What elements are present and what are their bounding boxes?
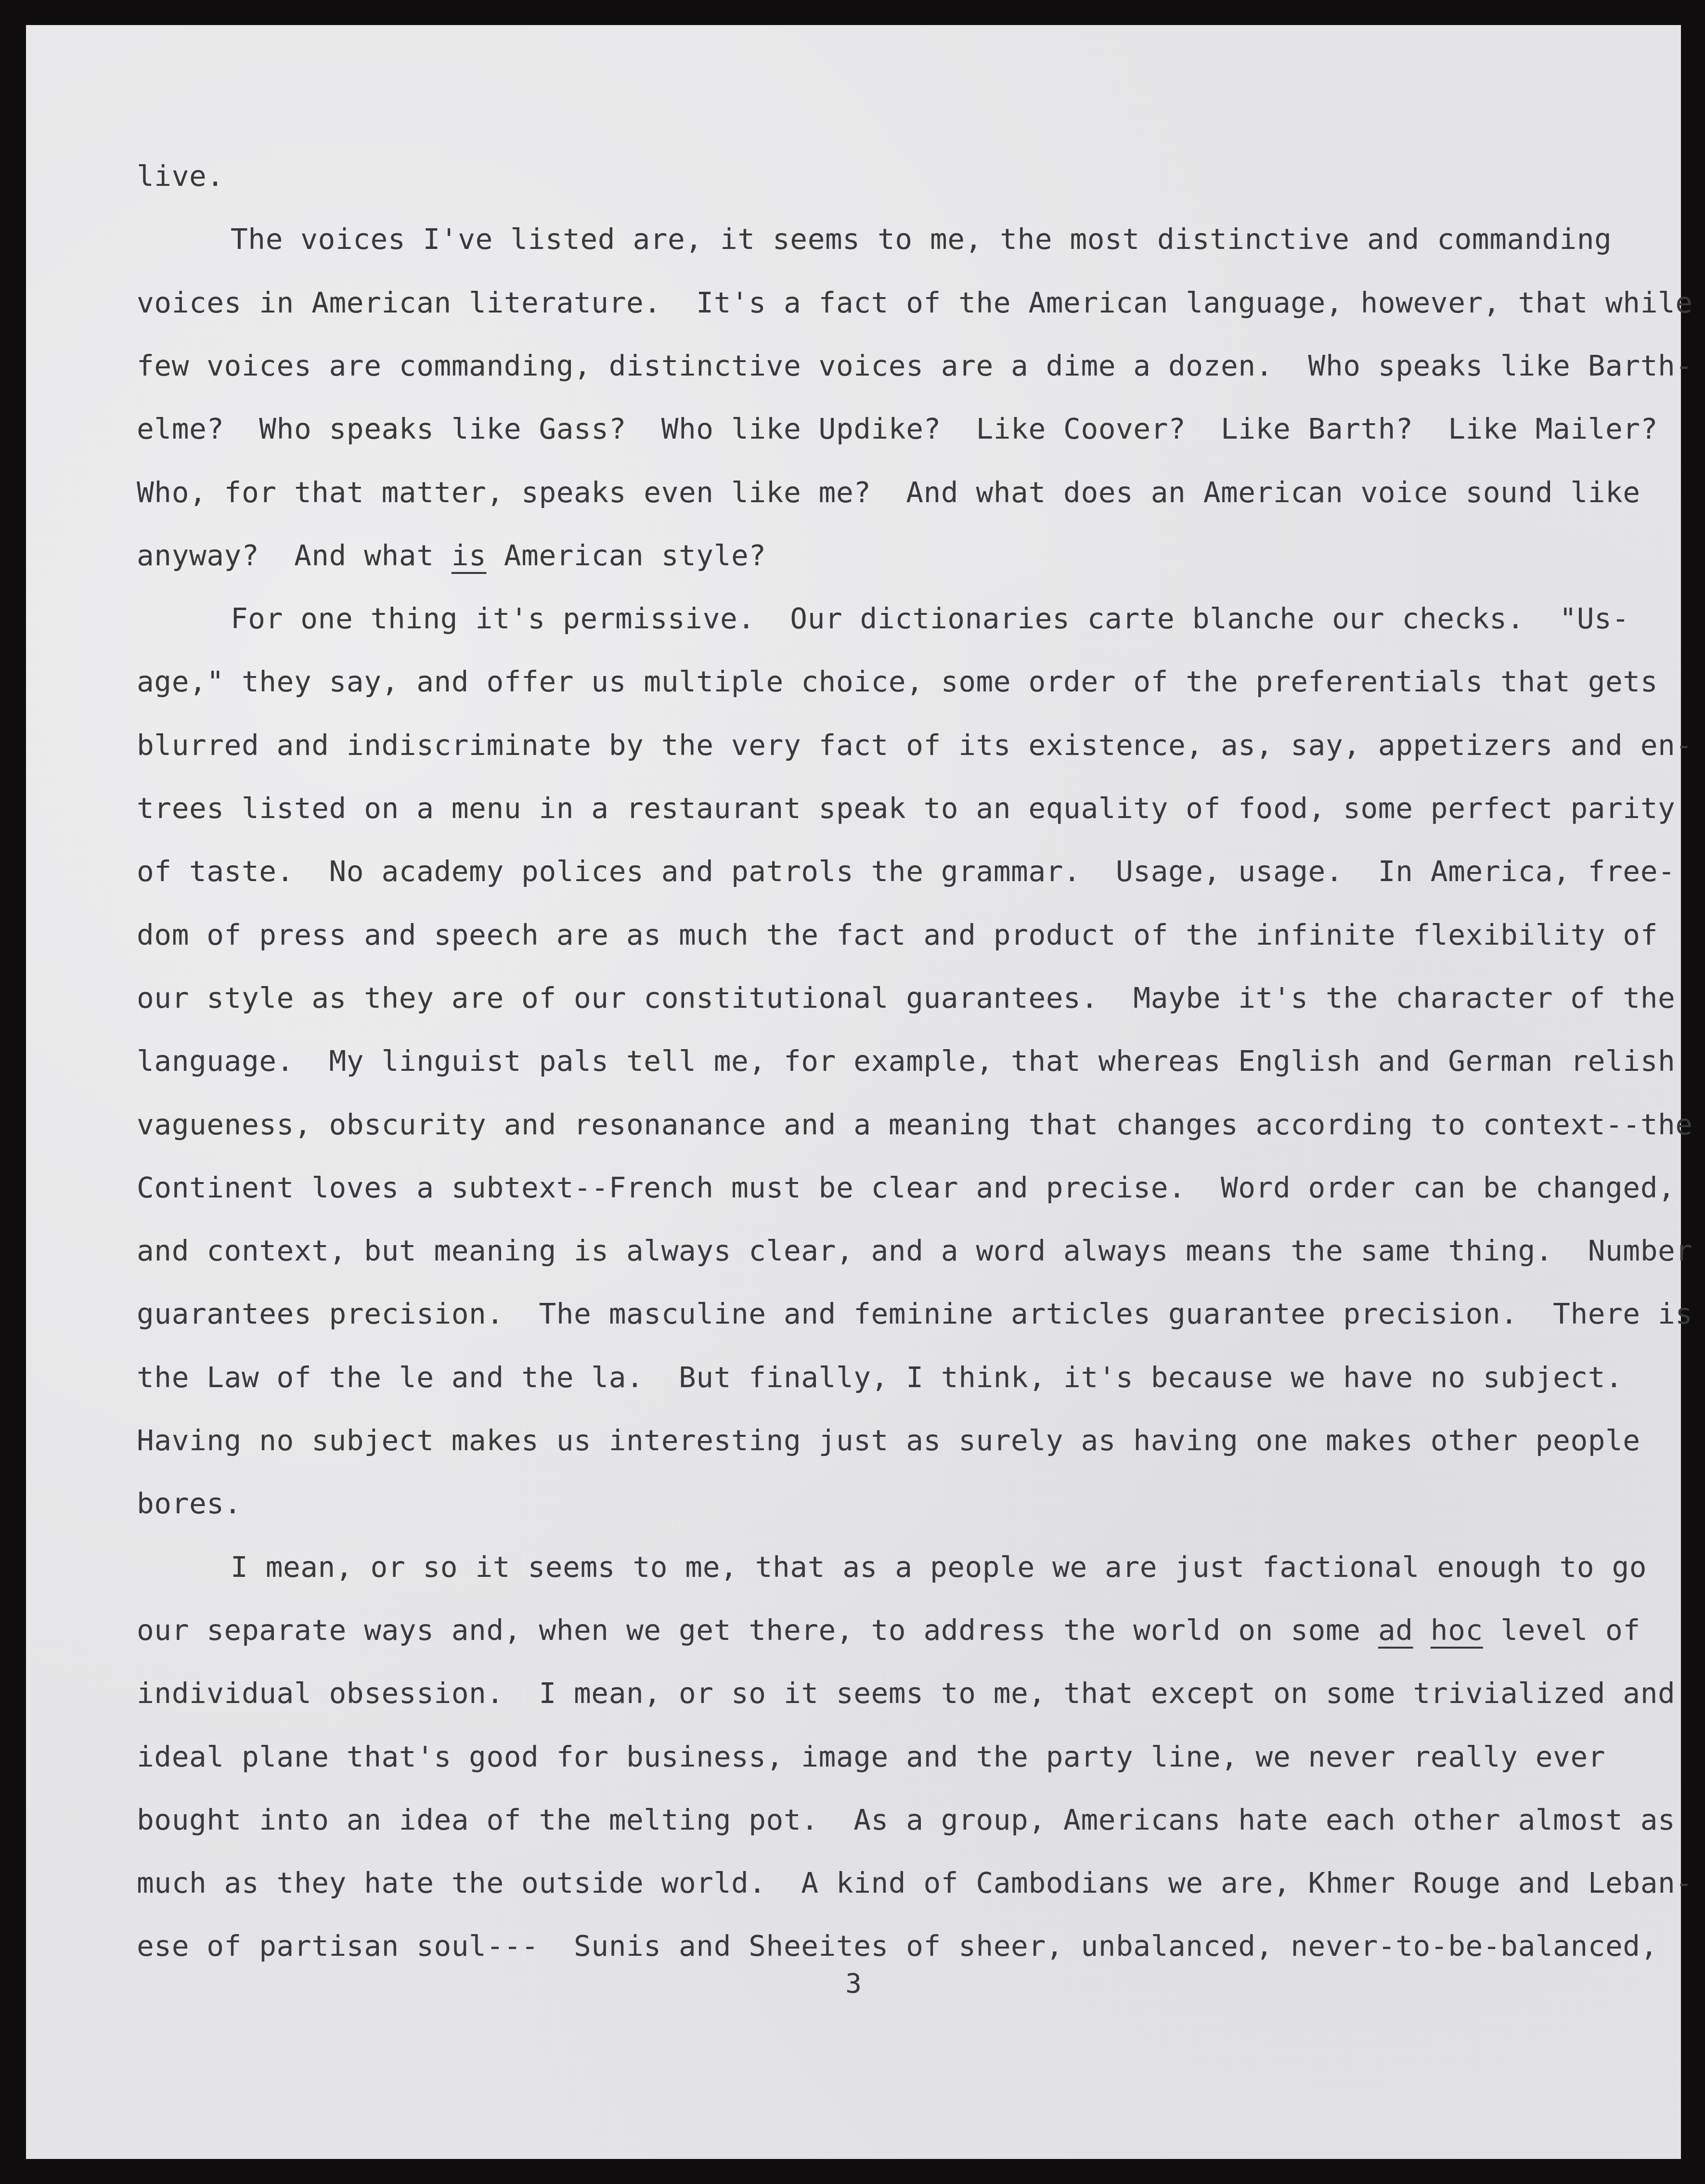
underlined-word: ad — [1378, 1614, 1413, 1647]
text-line: bought into an idea of the melting pot. … — [137, 1806, 1675, 1835]
underlined-word: hoc — [1431, 1614, 1483, 1647]
text-segment — [1413, 1614, 1431, 1647]
text-line: I mean, or so it seems to me, that as a … — [137, 1553, 1647, 1582]
text-segment: our separate ways and, when we get there… — [137, 1614, 1378, 1647]
text-line: language. My linguist pals tell me, for … — [137, 1047, 1675, 1076]
text-line: the Law of the le and the la. But finall… — [137, 1364, 1623, 1392]
text-line: Having no subject makes us interesting j… — [137, 1427, 1640, 1456]
text-line: individual obsession. I mean, or so it s… — [137, 1679, 1675, 1708]
text-line: dom of press and speech are as much the … — [137, 921, 1658, 950]
text-line: guarantees precision. The masculine and … — [137, 1300, 1693, 1329]
text-line: anyway? And what is American style? — [137, 542, 766, 571]
text-segment: American style? — [486, 539, 766, 572]
text-line: age," they say, and offer us multiple ch… — [137, 668, 1658, 697]
text-line: Continent loves a subtext--French must b… — [137, 1174, 1675, 1203]
text-line: of taste. No academy polices and patrols… — [137, 858, 1675, 886]
text-line: much as they hate the outside world. A k… — [137, 1869, 1693, 1898]
text-line: our separate ways and, when we get there… — [137, 1616, 1640, 1645]
text-line: ese of partisan soul--- Sunis and Sheeit… — [137, 1932, 1658, 1961]
text-line: our style as they are of our constitutio… — [137, 984, 1675, 1013]
text-line: The voices I've listed are, it seems to … — [137, 225, 1612, 254]
paper-page: live.The voices I've listed are, it seem… — [26, 25, 1681, 2159]
page-number: 3 — [26, 1968, 1681, 1999]
text-line: voices in American literature. It's a fa… — [137, 289, 1693, 318]
text-segment: anyway? And what — [137, 539, 452, 572]
text-line: elme? Who speaks like Gass? Who like Upd… — [137, 415, 1658, 444]
text-line: live. — [137, 162, 224, 191]
underlined-word: is — [452, 539, 487, 572]
text-segment: level of — [1483, 1614, 1640, 1647]
text-line: blurred and indiscriminate by the very f… — [137, 731, 1693, 760]
text-line: vagueness, obscurity and resonanance and… — [137, 1111, 1693, 1140]
text-line: trees listed on a menu in a restaurant s… — [137, 794, 1675, 823]
text-line: few voices are commanding, distinctive v… — [137, 352, 1693, 381]
text-line: bores. — [137, 1490, 242, 1519]
text-line: For one thing it's permissive. Our dicti… — [137, 605, 1629, 634]
text-line: and context, but meaning is always clear… — [137, 1237, 1693, 1266]
text-line: Who, for that matter, speaks even like m… — [137, 479, 1640, 507]
text-line: ideal plane that's good for business, im… — [137, 1743, 1605, 1772]
